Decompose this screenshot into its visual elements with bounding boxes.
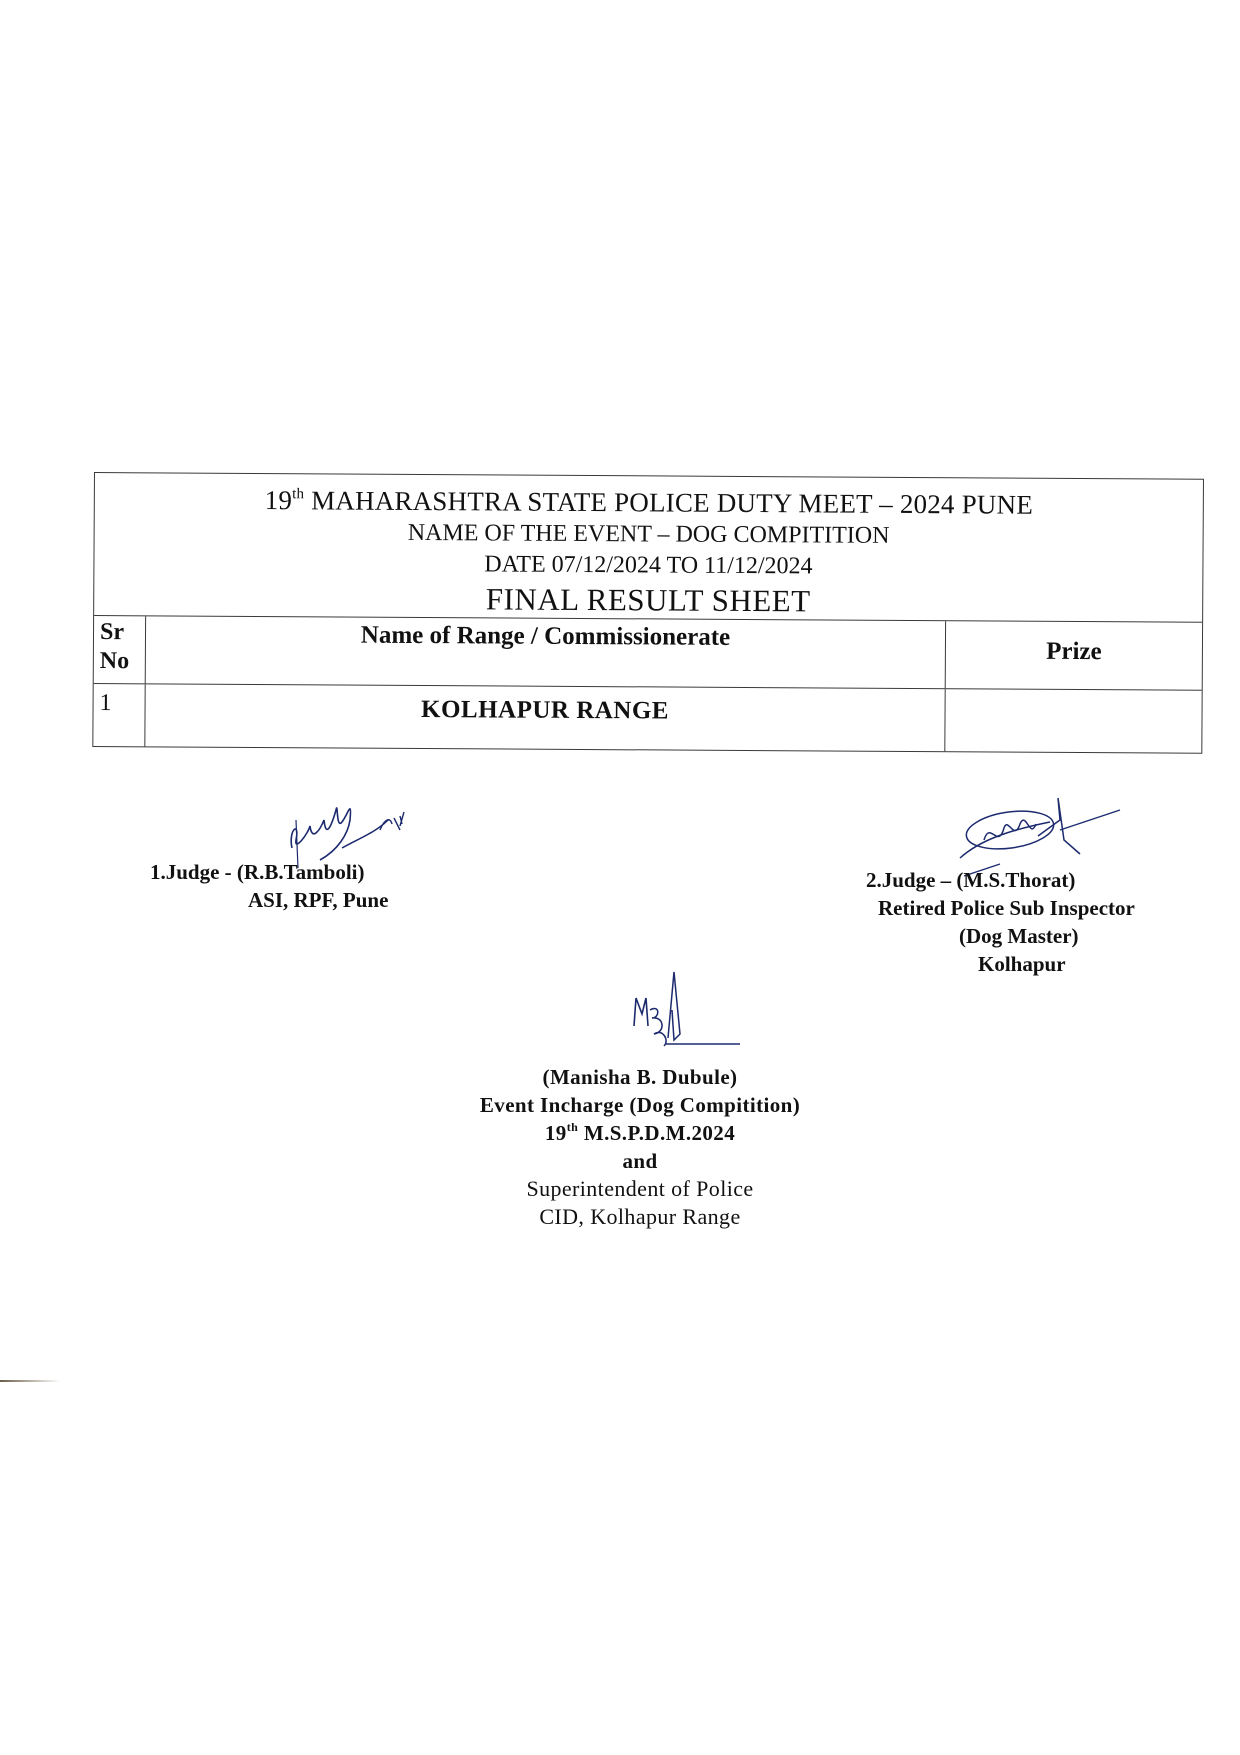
column-header-sr-no: Sr No xyxy=(94,616,146,683)
sr-label-line1: Sr xyxy=(100,618,145,647)
incharge-role: Event Incharge (Dog Compitition) xyxy=(440,1091,840,1119)
table-column-header-row: Sr No Name of Range / Commissionerate Pr… xyxy=(94,616,1202,691)
incharge-meet: 19th M.S.P.D.M.2024 xyxy=(440,1119,840,1147)
meet-ordinal-number: 19 xyxy=(545,1121,567,1145)
title-ordinal-suffix: th xyxy=(292,486,304,502)
judge1-signatory-block: 1.Judge - (R.B.Tamboli) ASI, RPF, Pune xyxy=(150,858,388,914)
judge2-role: (Dog Master) xyxy=(866,922,1135,950)
result-sheet-table: 19th MAHARASHTRA STATE POLICE DUTY MEET … xyxy=(92,472,1204,754)
judge2-location: Kolhapur xyxy=(866,950,1135,978)
incharge-unit: CID, Kolhapur Range xyxy=(440,1203,840,1231)
column-header-prize: Prize xyxy=(946,621,1202,690)
document-page: 19th MAHARASHTRA STATE POLICE DUTY MEET … xyxy=(0,0,1240,1755)
incharge-name: (Manisha B. Dubule) xyxy=(440,1063,840,1091)
title-text: MAHARASHTRA STATE POLICE DUTY MEET – 202… xyxy=(304,485,1033,519)
judge1-designation: ASI, RPF, Pune xyxy=(150,886,388,914)
meet-text: M.S.P.D.M.2024 xyxy=(578,1121,735,1145)
judge2-name: 2.Judge – (M.S.Thorat) xyxy=(866,866,1135,894)
cell-range-name: KOLHAPUR RANGE xyxy=(145,684,945,751)
incharge-designation: Superintendent of Police xyxy=(440,1175,840,1203)
incharge-conjunction: and xyxy=(440,1147,840,1175)
table-row: 1 KOLHAPUR RANGE xyxy=(93,684,1201,753)
sr-label-line2: No xyxy=(100,647,145,676)
incharge-signatory-block: (Manisha B. Dubule) Event Incharge (Dog … xyxy=(440,1063,840,1231)
title-ordinal-number: 19 xyxy=(265,485,293,515)
judge2-signatory-block: 2.Judge – (M.S.Thorat) Retired Police Su… xyxy=(866,866,1135,978)
meet-ordinal-suffix: th xyxy=(567,1120,578,1134)
table-header-block: 19th MAHARASHTRA STATE POLICE DUTY MEET … xyxy=(94,473,1203,623)
incharge-signature-icon xyxy=(630,970,750,1060)
column-header-range-name: Name of Range / Commissionerate xyxy=(146,616,946,688)
scan-edge-artifact xyxy=(0,1380,60,1382)
cell-sr-no: 1 xyxy=(93,684,145,746)
judge1-name: 1.Judge - (R.B.Tamboli) xyxy=(150,858,388,886)
cell-prize xyxy=(945,689,1201,753)
judge2-designation: Retired Police Sub Inspector xyxy=(866,894,1135,922)
